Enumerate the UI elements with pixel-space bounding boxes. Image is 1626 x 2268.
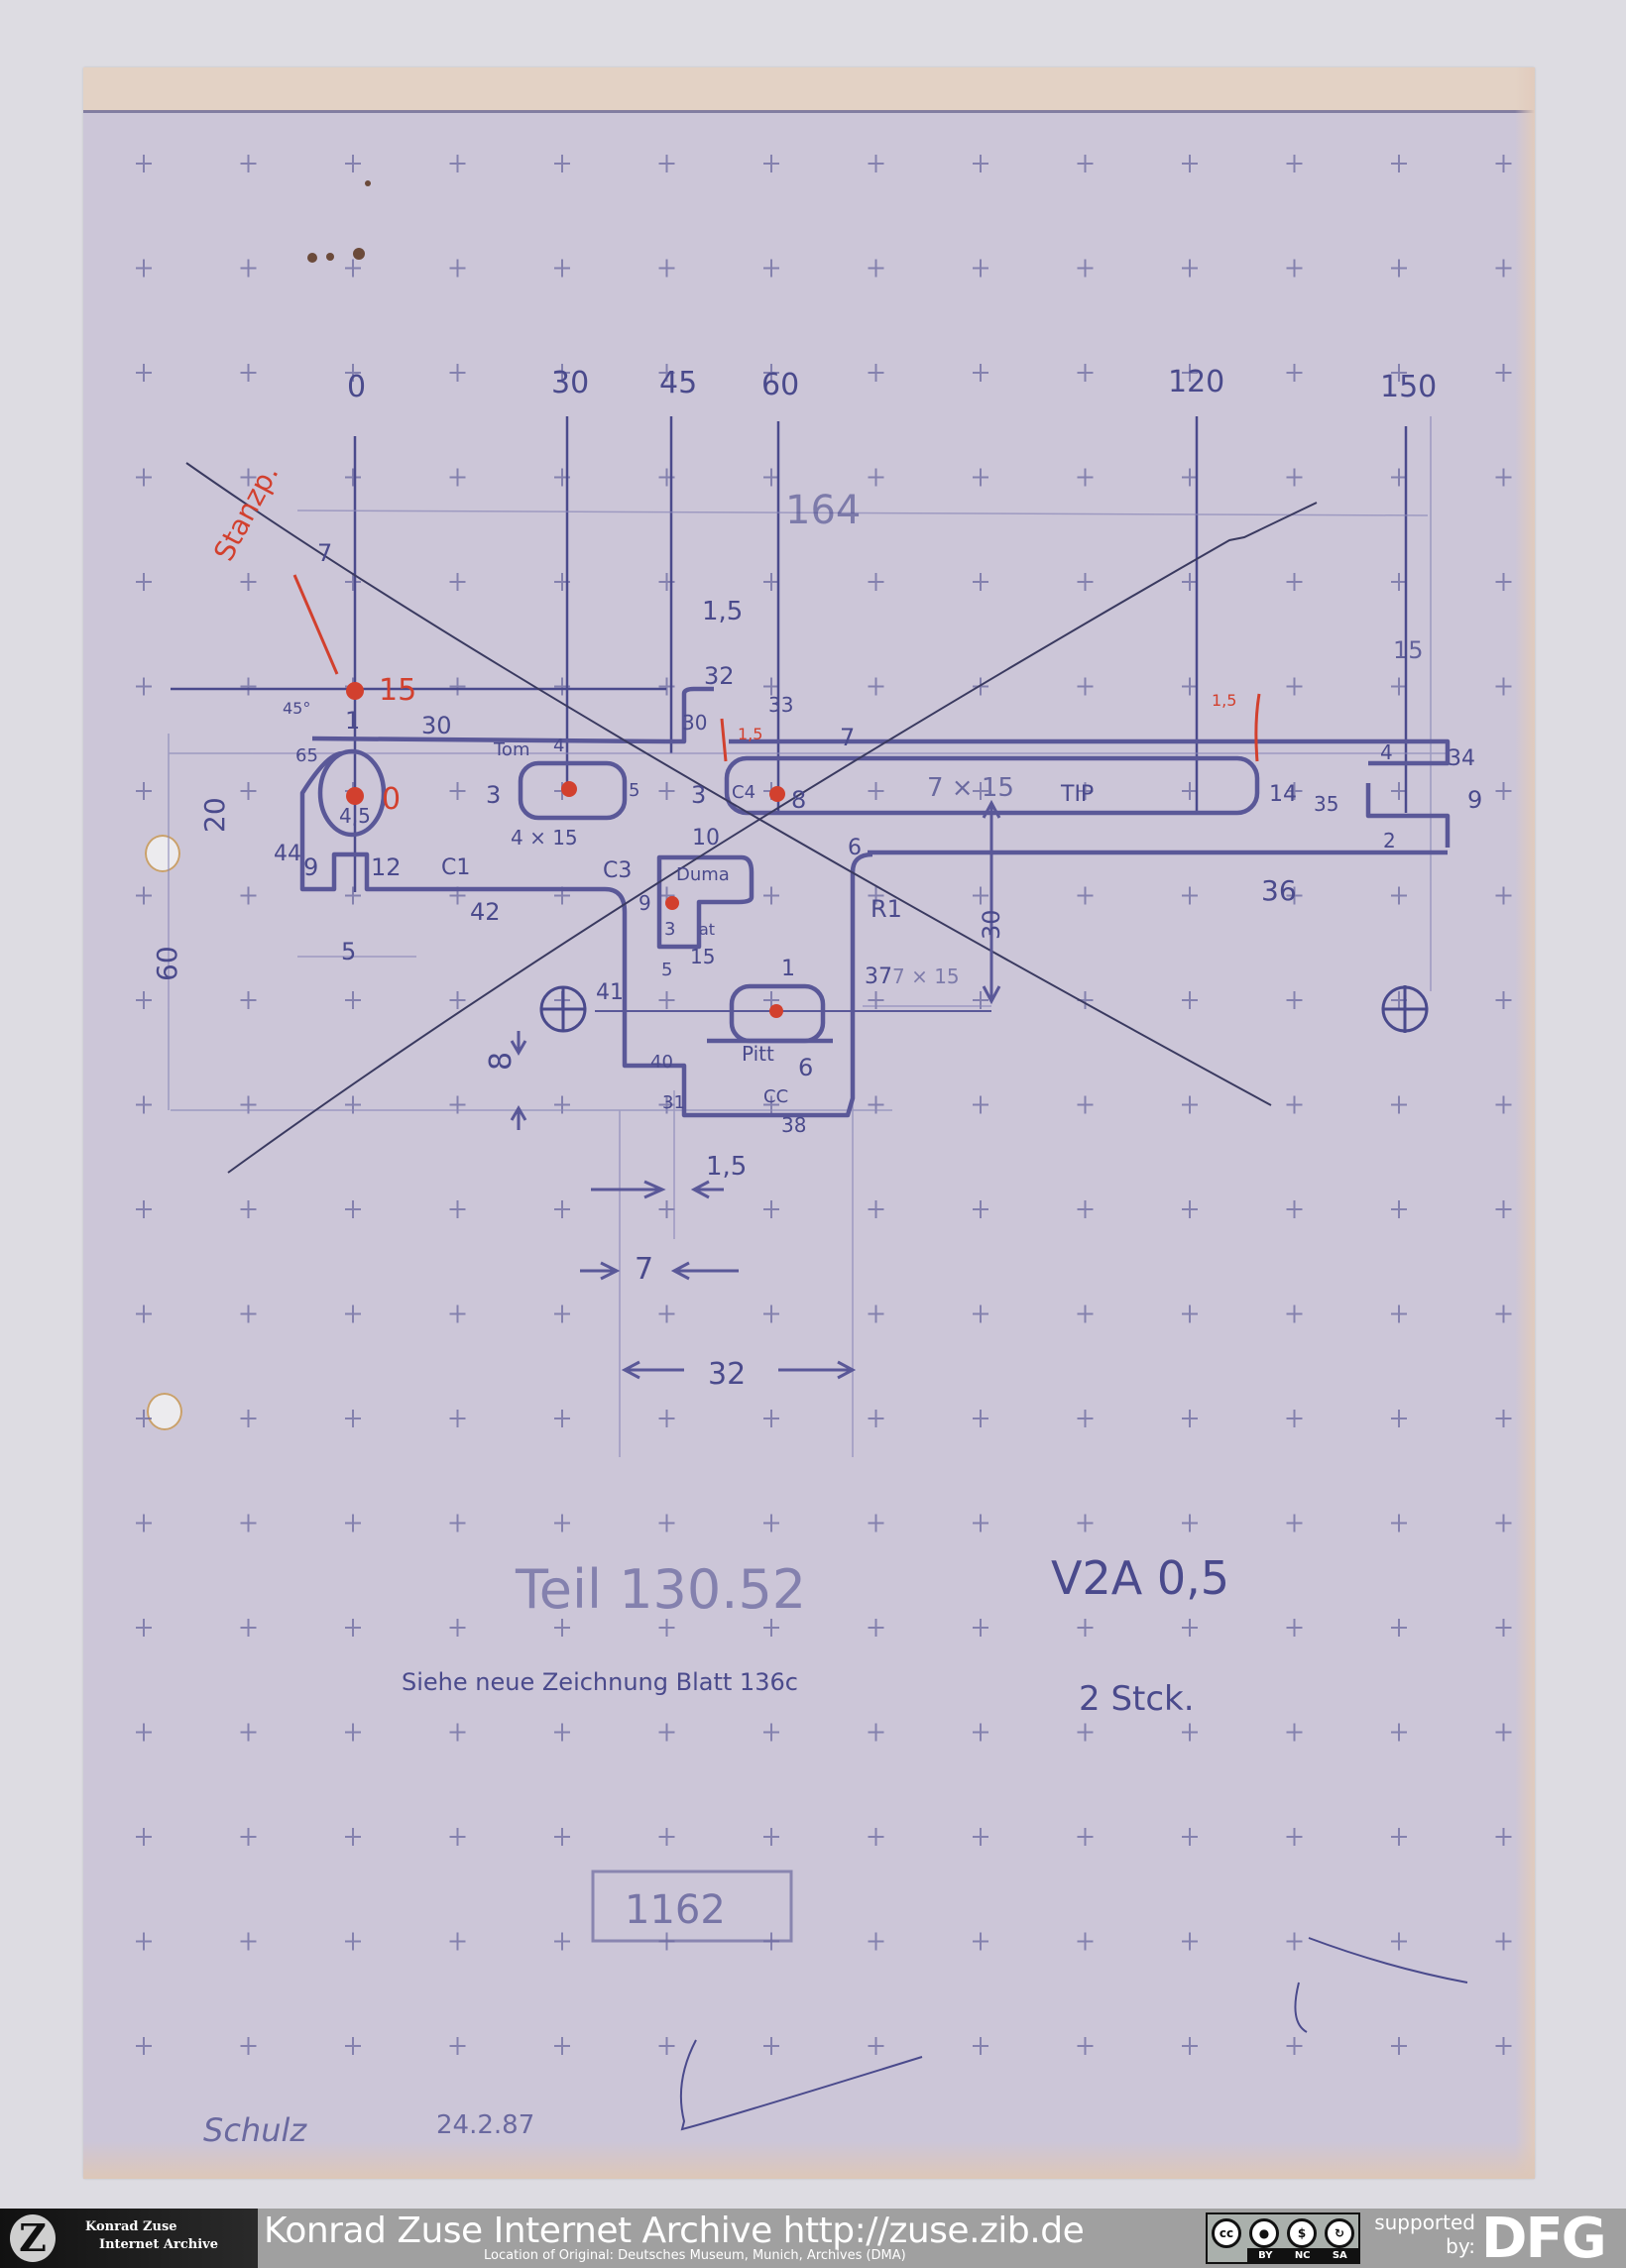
svg-text:30: 30 bbox=[421, 712, 452, 739]
z-logo-icon: Z bbox=[10, 2214, 56, 2262]
archive-title-link[interactable]: Konrad Zuse Internet Archive http://zuse… bbox=[264, 2211, 1084, 2251]
svg-text:7: 7 bbox=[840, 724, 855, 751]
license-nc: NC bbox=[1295, 2250, 1311, 2261]
svg-text:45°: 45° bbox=[283, 699, 310, 718]
grid-crosses bbox=[136, 155, 1512, 2055]
svg-text:1: 1 bbox=[345, 707, 360, 735]
svg-text:33: 33 bbox=[768, 693, 793, 717]
svg-text:1,5: 1,5 bbox=[702, 597, 743, 626]
svg-text:15: 15 bbox=[1393, 636, 1424, 664]
svg-text:8: 8 bbox=[484, 1052, 519, 1071]
svg-text:Pitt: Pitt bbox=[742, 1042, 774, 1066]
misc-strokes bbox=[681, 1938, 1467, 2129]
construction-lines bbox=[169, 416, 1448, 1457]
quantity: 2 Stck. bbox=[1079, 1679, 1195, 1719]
svg-text:7: 7 bbox=[635, 1252, 653, 1287]
col-label-60: 60 bbox=[761, 368, 799, 402]
svg-text:7: 7 bbox=[317, 539, 332, 567]
svg-text:3: 3 bbox=[691, 781, 706, 809]
cc-icon: cc bbox=[1212, 2218, 1241, 2248]
svg-text:30: 30 bbox=[682, 711, 707, 735]
svg-text:32: 32 bbox=[704, 662, 735, 690]
svg-text:5: 5 bbox=[661, 960, 672, 980]
red-label-1-5-right: 1,5 bbox=[1212, 691, 1236, 710]
svg-text:6: 6 bbox=[848, 836, 862, 860]
red-label-15: 15 bbox=[379, 673, 416, 708]
svg-text:20: 20 bbox=[198, 797, 231, 833]
svg-text:7 × 15: 7 × 15 bbox=[892, 964, 960, 988]
dimension-labels: 7 1,5 45° 1 30 32 30 33 7 65 20 60 4,5 4… bbox=[151, 539, 1482, 1392]
svg-text:5: 5 bbox=[629, 780, 639, 801]
col-label-0: 0 bbox=[347, 370, 366, 404]
svg-text:7 × 15: 7 × 15 bbox=[927, 773, 1014, 803]
license-terms: BY NC SA bbox=[1247, 2248, 1358, 2262]
svg-text:C3: C3 bbox=[603, 858, 632, 883]
annotation-stanzp: Stanzp. bbox=[207, 459, 285, 566]
svg-text:3: 3 bbox=[664, 919, 675, 940]
svg-text:3: 3 bbox=[486, 781, 501, 809]
svg-text:14: 14 bbox=[1269, 782, 1297, 807]
nc-icon: $ bbox=[1287, 2218, 1317, 2248]
col-label-45: 45 bbox=[659, 366, 697, 400]
svg-text:42: 42 bbox=[470, 898, 501, 926]
zuse-archive-logo[interactable]: Z Konrad Zuse Internet Archive bbox=[0, 2209, 258, 2268]
ink-stains bbox=[307, 180, 371, 263]
svg-text:4,5: 4,5 bbox=[339, 804, 371, 828]
sa-icon: ↻ bbox=[1325, 2218, 1354, 2248]
svg-text:65: 65 bbox=[295, 745, 318, 766]
svg-text:40: 40 bbox=[650, 1052, 673, 1073]
signature: Schulz bbox=[203, 2111, 307, 2149]
svg-text:8: 8 bbox=[791, 786, 806, 814]
svg-text:9: 9 bbox=[639, 891, 651, 915]
logo-line-2: Internet Archive bbox=[85, 2236, 218, 2254]
svg-text:TIP: TIP bbox=[1060, 782, 1094, 807]
logo-line-1: Konrad Zuse bbox=[85, 2218, 218, 2236]
material-spec: V2A 0,5 bbox=[1051, 1551, 1229, 1605]
sheet-number-box: 1162 bbox=[625, 1887, 726, 1933]
svg-text:10: 10 bbox=[692, 826, 720, 850]
column-labels: 0 30 45 60 120 150 bbox=[347, 365, 1437, 404]
col-label-150: 150 bbox=[1380, 370, 1437, 404]
svg-text:44: 44 bbox=[274, 842, 301, 866]
date: 24.2.87 bbox=[436, 2110, 534, 2140]
svg-text:1,5: 1,5 bbox=[706, 1152, 747, 1182]
svg-text:1: 1 bbox=[781, 957, 795, 981]
svg-text:37: 37 bbox=[865, 964, 892, 989]
svg-text:36: 36 bbox=[1261, 874, 1297, 907]
archive-footer: Z Konrad Zuse Internet Archive Konrad Zu… bbox=[0, 2209, 1626, 2268]
svg-text:C1: C1 bbox=[441, 855, 470, 880]
svg-text:R1: R1 bbox=[871, 895, 902, 923]
red-label-1-5-left: 1,5 bbox=[738, 725, 762, 743]
svg-text:4: 4 bbox=[553, 736, 564, 756]
svg-text:32: 32 bbox=[708, 1357, 746, 1392]
license-sa: SA bbox=[1333, 2250, 1347, 2261]
svg-text:60: 60 bbox=[151, 946, 183, 981]
part-number: Teil 130.52 bbox=[515, 1558, 806, 1621]
svg-text:30: 30 bbox=[978, 909, 1005, 940]
svg-text:at: at bbox=[699, 920, 715, 939]
svg-text:15: 15 bbox=[690, 945, 715, 968]
svg-text:41: 41 bbox=[596, 980, 624, 1005]
dfg-logo[interactable]: DFG bbox=[1481, 2207, 1605, 2268]
title-block: Teil 130.52 V2A 0,5 Siehe neue Zeichnung… bbox=[203, 1551, 1229, 2149]
overall-dimension-164: 164 bbox=[785, 488, 861, 533]
svg-text:Tom: Tom bbox=[493, 739, 529, 760]
supported-line-2: by: bbox=[1366, 2234, 1475, 2258]
svg-text:Duma: Duma bbox=[676, 864, 730, 885]
svg-text:5: 5 bbox=[341, 938, 356, 965]
svg-text:9: 9 bbox=[303, 853, 318, 881]
cc-license-badge[interactable]: cc ● $ ↻ BY NC SA bbox=[1206, 2212, 1360, 2264]
svg-text:34: 34 bbox=[1448, 746, 1475, 771]
revision-note: Siehe neue Zeichnung Blatt 136c bbox=[402, 1668, 798, 1696]
svg-text:12: 12 bbox=[371, 853, 402, 881]
svg-text:6: 6 bbox=[798, 1054, 813, 1081]
supported-line-1: supported bbox=[1366, 2211, 1475, 2234]
svg-text:4: 4 bbox=[1380, 740, 1393, 764]
original-location: Location of Original: Deutsches Museum, … bbox=[484, 2248, 906, 2263]
svg-text:2: 2 bbox=[1383, 829, 1396, 852]
technical-drawing: 0 30 45 60 120 150 164 Stanzp. 15 0 1,5 … bbox=[0, 0, 1626, 2209]
svg-text:9: 9 bbox=[1467, 786, 1482, 814]
by-icon: ● bbox=[1249, 2218, 1279, 2248]
license-by: BY bbox=[1258, 2250, 1272, 2261]
svg-text:31: 31 bbox=[662, 1092, 685, 1113]
svg-text:38: 38 bbox=[781, 1113, 806, 1137]
svg-text:4 × 15: 4 × 15 bbox=[511, 826, 578, 850]
supported-by-label: supported by: bbox=[1366, 2211, 1475, 2258]
red-label-0: 0 bbox=[382, 782, 401, 817]
svg-text:35: 35 bbox=[1314, 792, 1338, 816]
col-label-30: 30 bbox=[551, 366, 589, 400]
svg-text:C4: C4 bbox=[732, 782, 755, 803]
svg-text:CC: CC bbox=[763, 1086, 788, 1107]
col-label-120: 120 bbox=[1168, 365, 1224, 399]
